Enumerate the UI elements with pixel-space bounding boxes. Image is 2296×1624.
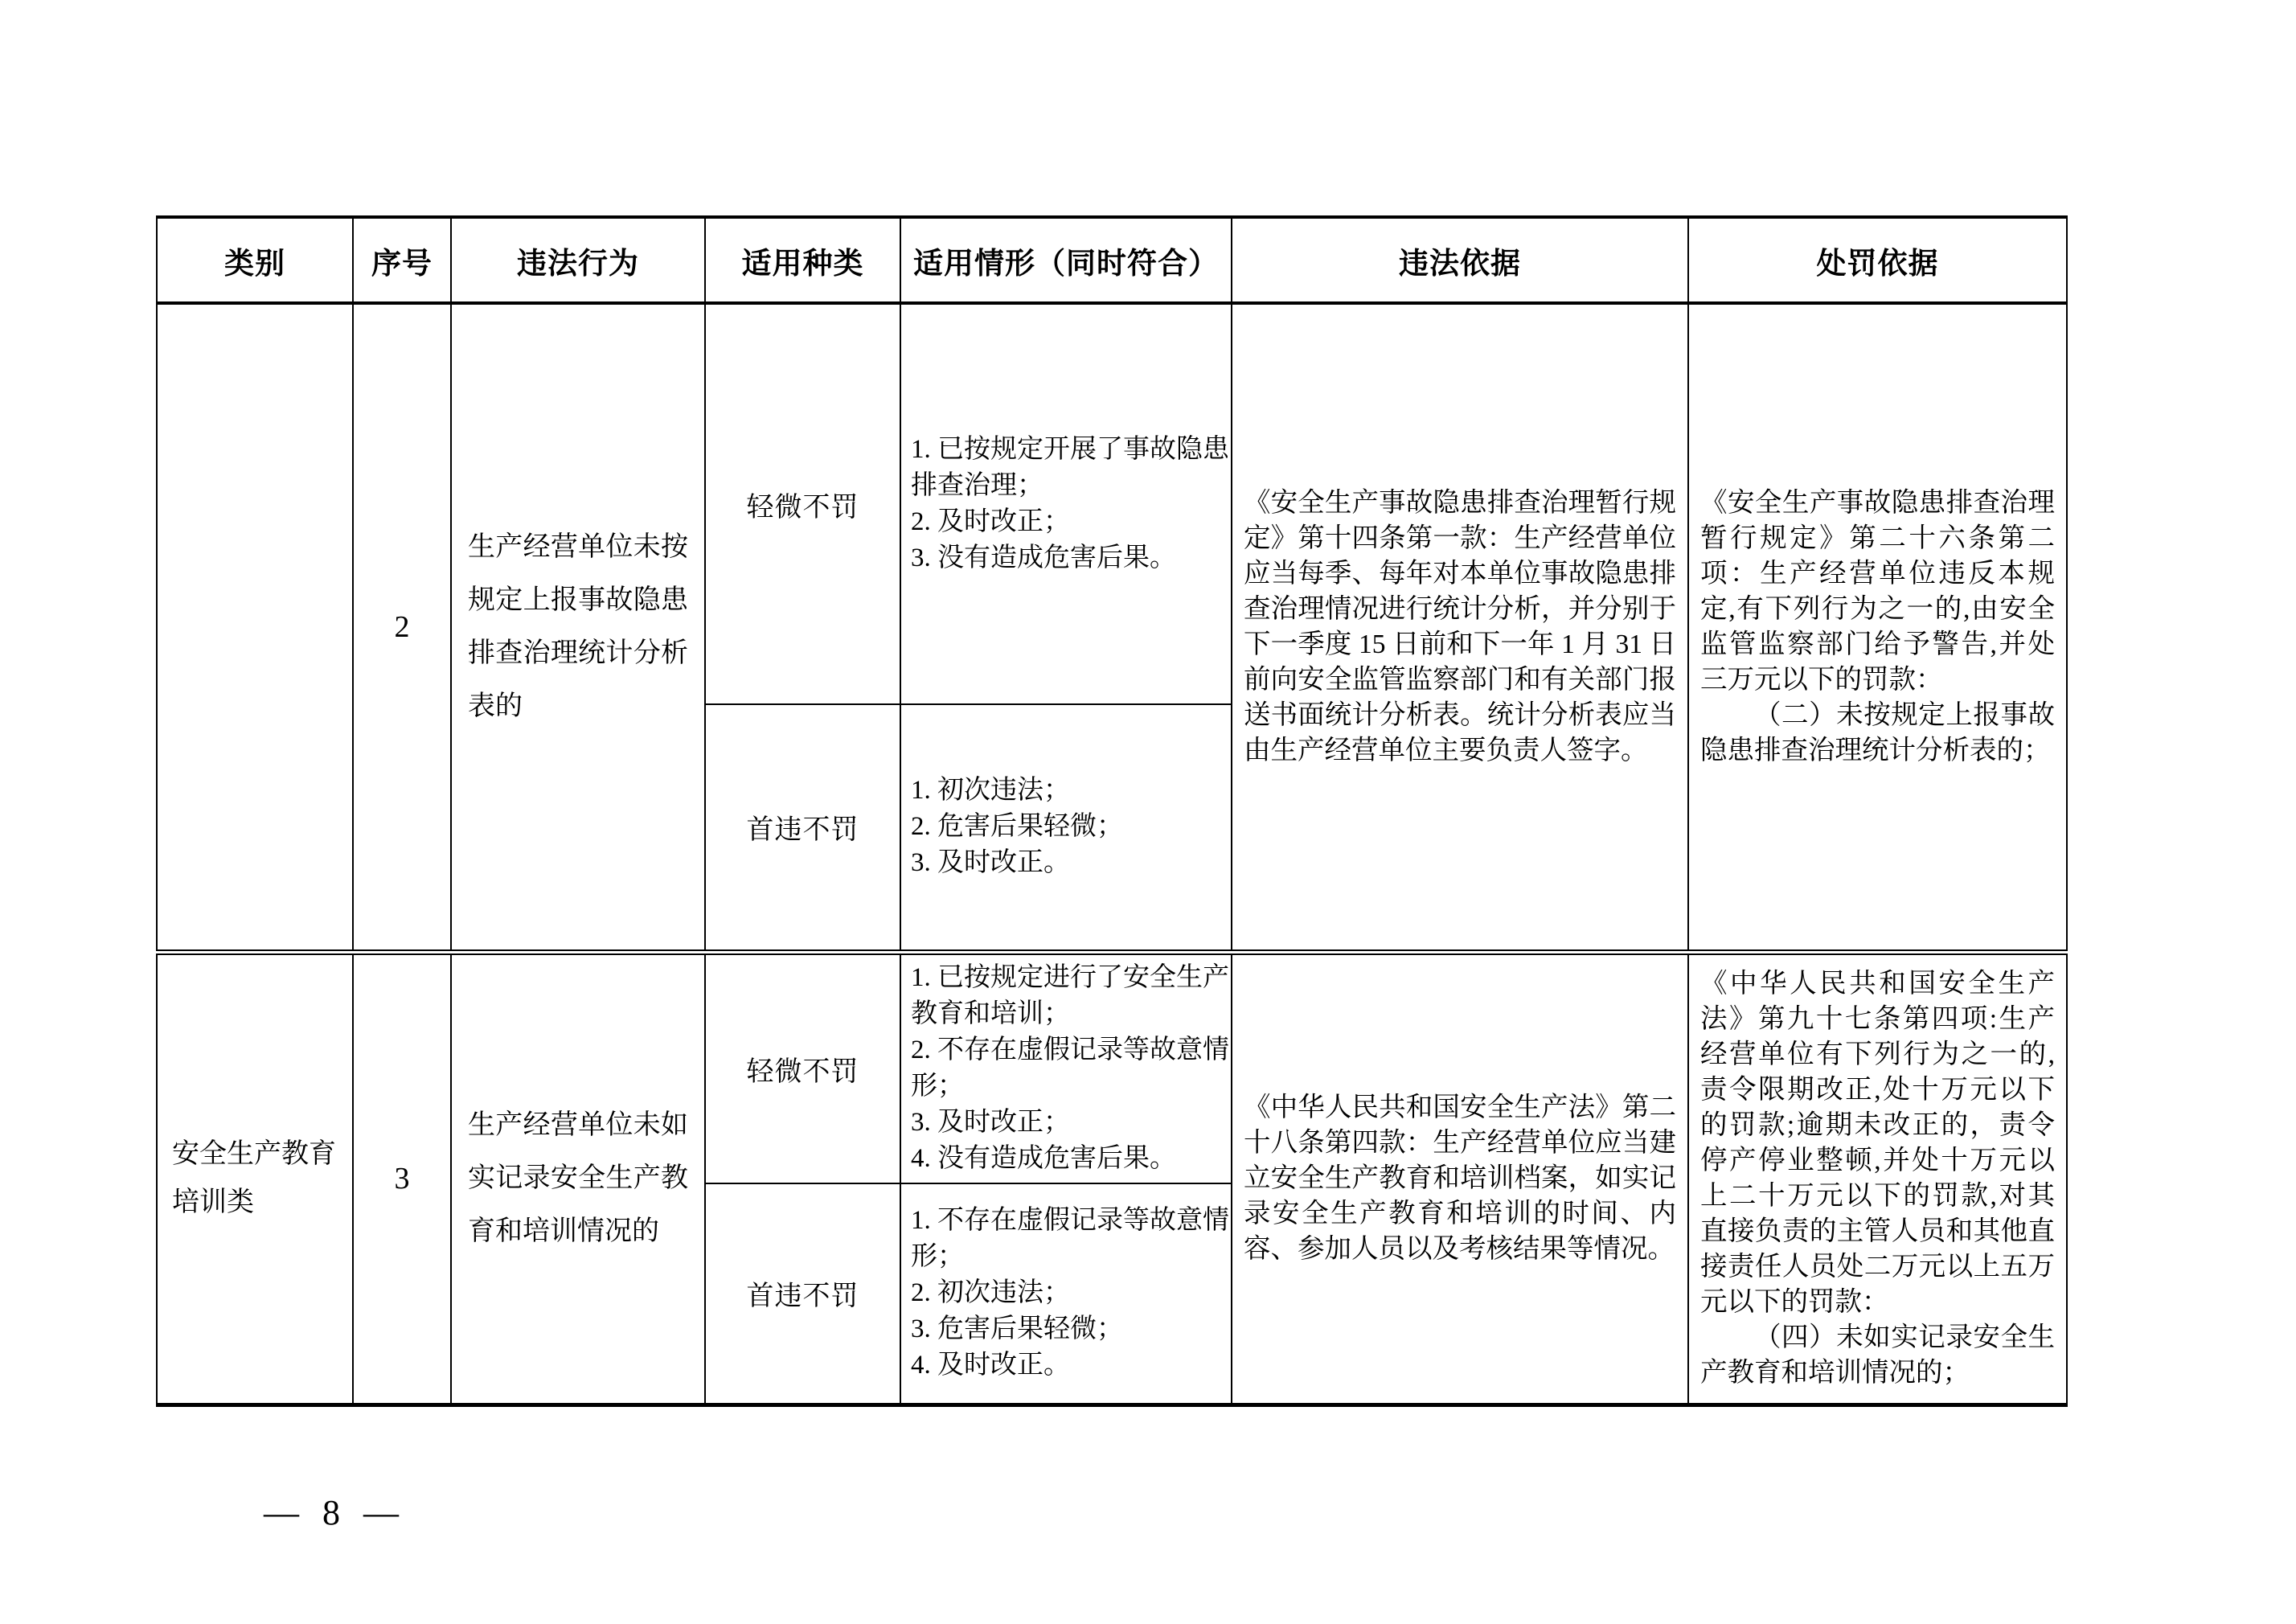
document-page: 类别 序号 违法行为 适用种类 适用情形（同时符合） 违法依据 处罚依据 2 生…: [0, 0, 2296, 1624]
col-header-violation-basis: 违法依据: [1232, 217, 1688, 303]
penalty-basis-paragraph: 《安全生产事故隐患排查治理暂行规定》第二十六条第二项：生产经营单位违反本规定,有…: [1700, 486, 2055, 698]
col-header-type: 适用种类: [705, 217, 900, 303]
row2-type-first-cell: 首违不罚: [705, 704, 900, 952]
violation-basis-paragraph: 《中华人民共和国安全生产法》第二十八条第四款：生产经营单位应当建立安全生产教育和…: [1244, 1090, 1676, 1267]
penalty-basis-item: （二）未按规定上报事故隐患排查治理统计分析表的；: [1700, 698, 2055, 769]
violation-basis-paragraph: 《安全生产事故隐患排查治理暂行规定》第十四条第一款：生产经营单位应当每季、每年对…: [1244, 486, 1676, 769]
row3-behavior-cell: 生产经营单位未如实记录安全生产教育和培训情况的: [451, 952, 705, 1405]
row3-situations-minor-cell: 1. 已按规定进行了安全生产 教育和培训； 2. 不存在虚假记录等故意情 形； …: [900, 952, 1232, 1183]
col-header-category: 类别: [157, 217, 353, 303]
row3-type-minor-cell: 轻微不罚: [705, 952, 900, 1183]
penalty-basis-paragraph: 《中华人民共和国安全生产法》第九十七条第四项:生产经营单位有下列行为之一的,责令…: [1700, 966, 2055, 1320]
row2-type-minor-cell: 轻微不罚: [705, 303, 900, 704]
row2-index-cell: 2: [353, 303, 451, 952]
row2-situations-minor-cell: 1. 已按规定开展了事故隐患 排查治理； 2. 及时改正； 3. 没有造成危害后…: [900, 303, 1232, 704]
table-row: 安全生产教育培训类 3 生产经营单位未如实记录安全生产教育和培训情况的 轻微不罚…: [157, 952, 2067, 1183]
row2-penalty-basis-cell: 《安全生产事故隐患排查治理暂行规定》第二十六条第二项：生产经营单位违反本规定,有…: [1688, 303, 2067, 952]
page-number: — 8 —: [264, 1492, 400, 1533]
row3-penalty-basis-cell: 《中华人民共和国安全生产法》第九十七条第四项:生产经营单位有下列行为之一的,责令…: [1688, 952, 2067, 1405]
row2-category-cell: [157, 303, 353, 952]
row3-situations-first-cell: 1. 不存在虚假记录等故意情 形； 2. 初次违法； 3. 危害后果轻微； 4.…: [900, 1183, 1232, 1405]
row3-index-cell: 3: [353, 952, 451, 1405]
col-header-index: 序号: [353, 217, 451, 303]
row2-situations-first-cell: 1. 初次违法； 2. 危害后果轻微； 3. 及时改正。: [900, 704, 1232, 952]
penalty-basis-item: （四）未如实记录安全生产教育和培训情况的；: [1700, 1320, 2055, 1391]
row2-violation-basis-cell: 《安全生产事故隐患排查治理暂行规定》第十四条第一款：生产经营单位应当每季、每年对…: [1232, 303, 1688, 952]
table-row: 2 生产经营单位未按规定上报事故隐患排查治理统计分析表的 轻微不罚 1. 已按规…: [157, 303, 2067, 704]
table-header-row: 类别 序号 违法行为 适用种类 适用情形（同时符合） 违法依据 处罚依据: [157, 217, 2067, 303]
col-header-penalty-basis: 处罚依据: [1688, 217, 2067, 303]
row2-behavior-cell: 生产经营单位未按规定上报事故隐患排查治理统计分析表的: [451, 303, 705, 952]
row3-violation-basis-cell: 《中华人民共和国安全生产法》第二十八条第四款：生产经营单位应当建立安全生产教育和…: [1232, 952, 1688, 1405]
row3-category-cell: 安全生产教育培训类: [157, 952, 353, 1405]
col-header-behavior: 违法行为: [451, 217, 705, 303]
penalty-rules-table: 类别 序号 违法行为 适用种类 适用情形（同时符合） 违法依据 处罚依据 2 生…: [156, 215, 2068, 1407]
col-header-situation: 适用情形（同时符合）: [900, 217, 1232, 303]
row3-type-first-cell: 首违不罚: [705, 1183, 900, 1405]
